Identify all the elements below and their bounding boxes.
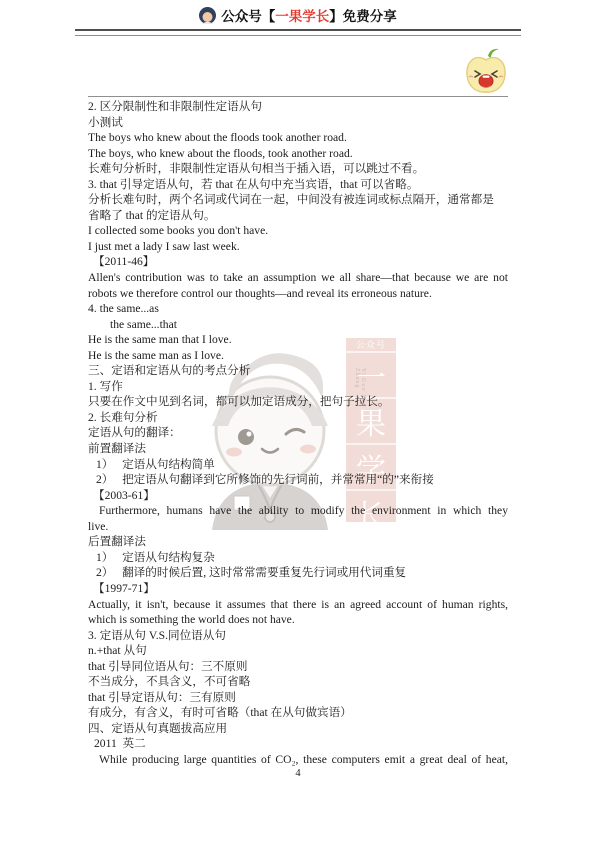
- text-line: 4. the same...as: [88, 301, 508, 317]
- header-title: 公众号【一果学长】免费分享: [221, 5, 397, 25]
- text-line: 长难句分析时，非限制性定语从句相当于插入语，可以跳过不看。: [88, 161, 508, 177]
- text-line: I collected some books you don't have.: [88, 223, 508, 239]
- text-line: 2） 翻译的时候后置, 这时常常需要重复先行词或用代词重复: [88, 565, 508, 581]
- section-divider: [88, 96, 508, 97]
- text-line: 前置翻译法: [88, 441, 508, 457]
- text-line: While producing large quantities of CO₂,…: [88, 752, 508, 768]
- text-line: 2011 英二: [88, 736, 508, 752]
- text-line: 1. 写作: [88, 379, 508, 395]
- text-line: Allen's contribution was to take an assu…: [88, 270, 508, 286]
- brand-avatar-icon: [199, 7, 216, 24]
- text-line: 2. 长难句分析: [88, 410, 508, 426]
- page-number: 4: [0, 768, 596, 779]
- text-line: Furthermore, humans have the ability to …: [88, 503, 508, 519]
- text-line: The boys, who knew about the floods, too…: [88, 146, 508, 162]
- text-line: 定语从句的翻译：: [88, 425, 508, 441]
- text-line: that 引导同位语从句：三不原则: [88, 659, 508, 675]
- text-line: robots we therefore control our thoughts…: [88, 286, 508, 302]
- text-line: 2） 把定语从句翻译到它所修饰的先行词前，并常常用“的”来衔接: [88, 472, 508, 488]
- text-line: 【2011-46】: [88, 254, 508, 270]
- text-line: 3. that 引导定语从句，若 that 在从句中充当宾语，that 可以省略…: [88, 177, 508, 193]
- text-line: that 引导定语从句：三有原则: [88, 690, 508, 706]
- header-rule: [75, 29, 521, 36]
- text-line: 有成分，有含义，有时可省略（that 在从句做宾语）: [88, 705, 508, 721]
- text-line: 小测试: [88, 115, 508, 131]
- text-line: 四、定语从句真题拔高应用: [88, 721, 508, 737]
- text-line: n.+that 从句: [88, 643, 508, 659]
- text-line: 【2003-61】: [88, 488, 508, 504]
- text-line: 1） 定语从句结构简单: [88, 457, 508, 473]
- text-line: 3. 定语从句 V.S.同位语从句: [88, 628, 508, 644]
- text-line: Actually, it isn't, because it assumes t…: [88, 597, 508, 613]
- page-header: 公众号【一果学长】免费分享: [0, 4, 596, 26]
- text-line: He is the same man that I love.: [88, 332, 508, 348]
- text-line: He is the same man as I love.: [88, 348, 508, 364]
- text-line: which is something the world does not ha…: [88, 612, 508, 628]
- text-line: 【1997-71】: [88, 581, 508, 597]
- fruit-mascot-icon: [464, 46, 508, 96]
- text-line: 不当成分，不具含义，不可省略: [88, 674, 508, 690]
- text-line: I just met a lady I saw last week.: [88, 239, 508, 255]
- text-line: 后置翻译法: [88, 534, 508, 550]
- text-line: 分析长难句时，两个名词或代词在一起，中间没有被连词或标点隔开，通常都是: [88, 192, 508, 208]
- text-line: 只要在作文中见到名词，都可以加定语成分，把句子拉长。: [88, 394, 508, 410]
- text-line: The boys who knew about the floods took …: [88, 130, 508, 146]
- text-line: 省略了 that 的定语从句。: [88, 208, 508, 224]
- text-line: 三、定语和定语从句的考点分析: [88, 363, 508, 379]
- text-line: 2. 区分限制性和非限制性定语从句: [88, 99, 508, 115]
- text-line: 1） 定语从句结构复杂: [88, 550, 508, 566]
- text-line: the same...that: [88, 317, 508, 333]
- document-page: 公众号【一果学长】免费分享 公众号 一 果 学 长: [0, 0, 596, 842]
- body-lines: 2. 区分限制性和非限制性定语从句小测试The boys who knew ab…: [88, 99, 508, 768]
- text-line: live.: [88, 519, 508, 535]
